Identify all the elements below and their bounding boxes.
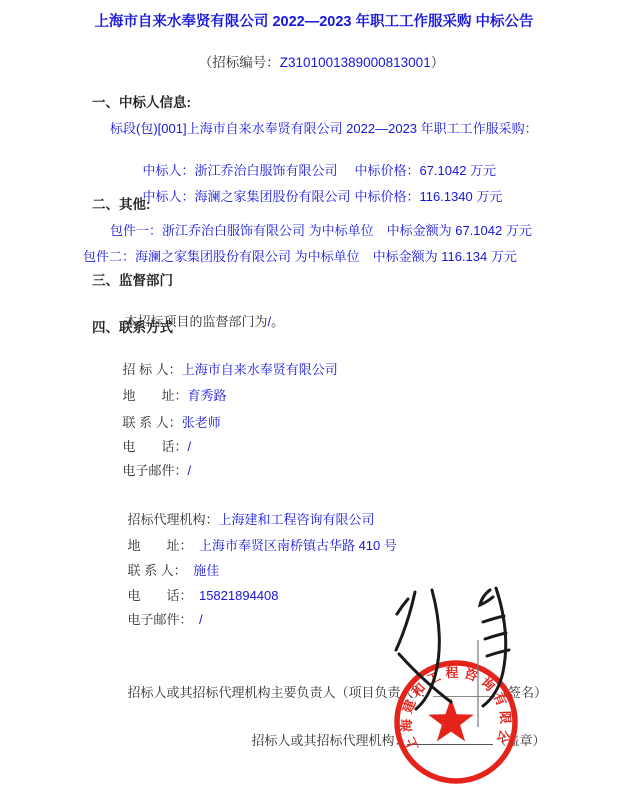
supervision-suffix: 。 [271, 314, 284, 329]
agency-row: 电子邮件： / [113, 597, 203, 642]
section-other-heading: 二、其他: [92, 197, 151, 212]
agency-value: / [199, 612, 203, 627]
tender-number-prefix: （招标编号： [199, 55, 280, 70]
tender-number: Z3101001389000813001 [280, 55, 431, 70]
org-line-prefix: 招标人或其招标代理机构： [251, 733, 407, 748]
tenderer-label: 电子邮件： [122, 463, 187, 478]
tenderer-row: 电子邮件：/ [108, 448, 191, 493]
tender-number-suffix: ） [431, 55, 445, 70]
winner-2-name: 中标人：海澜之家集团股份有限公司 [142, 189, 354, 204]
agency-value: 上海市奉贤区南桥镇古华路 410 号 [199, 538, 397, 553]
section-winner-info-heading: 一、中标人信息: [92, 95, 191, 110]
tenderer-value: / [187, 463, 191, 478]
agency-value: 15821894408 [199, 588, 279, 603]
handwritten-signature [375, 582, 545, 732]
section-contact-heading: 四、联系方式 [92, 320, 173, 335]
package-1-line: 包件一：浙江乔治白服饰有限公司 为中标单位 中标金额为 67.1042 万元 [110, 223, 532, 238]
page-title: 上海市自来水奉贤有限公司 2022—2023 年职工工作服采购 中标公告 [0, 15, 628, 30]
winner-row: 中标人：海澜之家集团股份有限公司中标价格：116.1340 万元 [128, 174, 502, 219]
tender-number-line: （招标编号：Z3101001389000813001） [0, 40, 628, 85]
lot-line: 标段(包)[001]上海市自来水奉贤有限公司 2022—2023 年职工工作服采… [110, 121, 538, 136]
bid-announcement-page: 上海市自来水奉贤有限公司 2022—2023 年职工工作服采购 中标公告 （招标… [0, 0, 628, 789]
agency-label: 电子邮件： [127, 612, 199, 627]
package-2-line: 包件二：海澜之家集团股份有限公司 为中标单位 中标金额为 116.134 万元 [83, 249, 517, 264]
section-supervision-heading: 三、监督部门 [92, 273, 173, 288]
winner-2-price: 中标价格：116.1340 万元 [354, 189, 502, 204]
